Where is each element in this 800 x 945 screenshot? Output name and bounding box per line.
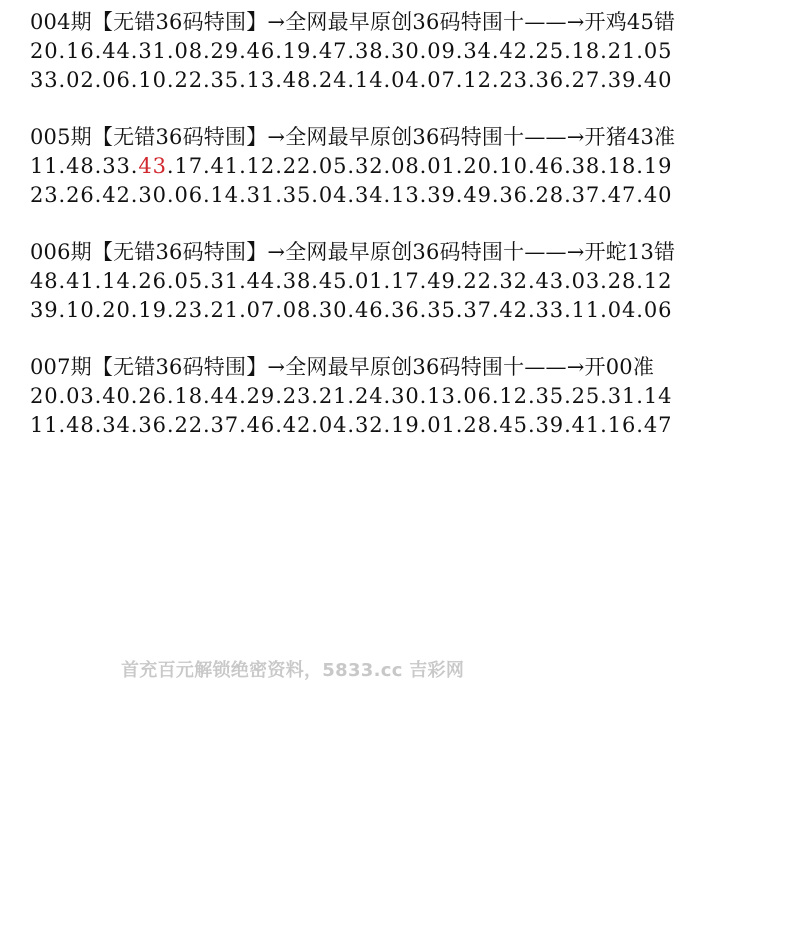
number-value: 25: [536, 39, 565, 63]
number-value: 18: [174, 384, 203, 408]
number-value: 06: [102, 68, 131, 92]
number-value: 18: [572, 39, 601, 63]
number-value: 22: [174, 413, 203, 437]
number-value: 23: [174, 298, 203, 322]
number-value: 12: [463, 68, 492, 92]
number-value: 10: [499, 154, 528, 178]
number-value: 36: [391, 298, 420, 322]
issue-heading: 006期【无错36码特围】→全网最早原创36码特围十——→开蛇13错: [30, 238, 800, 267]
number-value: 46: [247, 413, 276, 437]
number-value: 44: [211, 384, 240, 408]
number-value: 05: [319, 154, 348, 178]
number-value: 40: [644, 68, 673, 92]
number-value: 12: [644, 269, 673, 293]
number-value: 31: [138, 39, 167, 63]
number-value: 22: [283, 154, 312, 178]
number-value: 37: [211, 413, 240, 437]
number-value: 33: [536, 298, 565, 322]
number-value: 28: [536, 183, 565, 207]
number-value: 01: [427, 154, 456, 178]
highlighted-number: 43: [138, 154, 167, 178]
number-value: 03: [66, 384, 95, 408]
number-value: 06: [463, 384, 492, 408]
number-value: 12: [247, 154, 276, 178]
number-value: 19: [644, 154, 673, 178]
number-value: 32: [355, 154, 384, 178]
number-value: 30: [391, 39, 420, 63]
number-value: 36: [138, 413, 167, 437]
number-value: 40: [102, 384, 131, 408]
number-value: 24: [319, 68, 348, 92]
number-value: 07: [247, 298, 276, 322]
number-value: 26: [138, 269, 167, 293]
number-value: 21: [608, 39, 637, 63]
number-value: 13: [427, 384, 456, 408]
number-value: 41: [211, 154, 240, 178]
number-value: 28: [608, 269, 637, 293]
number-value: 20: [102, 298, 131, 322]
number-value: 31: [608, 384, 637, 408]
number-value: 35: [211, 68, 240, 92]
number-row: 39.10.20.19.23.21.07.08.30.46.36.35.37.4…: [30, 296, 800, 325]
number-value: 43: [536, 269, 565, 293]
number-value: 34: [102, 413, 131, 437]
number-value: 39: [30, 298, 59, 322]
issue-heading: 004期【无错36码特围】→全网最早原创36码特围十——→开鸡45错: [30, 8, 800, 37]
number-value: 21: [319, 384, 348, 408]
number-value: 29: [247, 384, 276, 408]
number-value: 04: [319, 413, 348, 437]
number-value: 10: [138, 68, 167, 92]
number-value: 30: [138, 183, 167, 207]
number-value: 46: [355, 298, 384, 322]
watermark-text: 首充百元解锁绝密资料，5833.cc 吉彩网: [121, 656, 464, 682]
number-value: 26: [66, 183, 95, 207]
number-value: 17: [174, 154, 203, 178]
number-value: 45: [319, 269, 348, 293]
number-value: 22: [174, 68, 203, 92]
number-value: 05: [174, 269, 203, 293]
issue-block-007: 007期【无错36码特围】→全网最早原创36码特围十——→开00准 20.03.…: [30, 353, 800, 440]
number-value: 08: [391, 154, 420, 178]
number-value: 47: [319, 39, 348, 63]
number-value: 23: [283, 384, 312, 408]
number-value: 17: [391, 269, 420, 293]
number-value: 37: [572, 183, 601, 207]
number-value: 48: [66, 413, 95, 437]
number-value: 20: [30, 384, 59, 408]
number-value: 18: [608, 154, 637, 178]
number-value: 13: [391, 183, 420, 207]
number-value: 38: [355, 39, 384, 63]
number-value: 36: [536, 68, 565, 92]
number-row: 11.48.33.43.17.41.12.22.05.32.08.01.20.1…: [30, 152, 800, 181]
number-value: 16: [66, 39, 95, 63]
number-value: 42: [283, 413, 312, 437]
number-value: 28: [463, 413, 492, 437]
number-value: 38: [283, 269, 312, 293]
number-value: 34: [463, 39, 492, 63]
issue-block-005: 005期【无错36码特围】→全网最早原创36码特围十——→开猪43准 11.48…: [30, 123, 800, 210]
number-value: 46: [536, 154, 565, 178]
number-value: 39: [608, 68, 637, 92]
number-value: 33: [102, 154, 131, 178]
number-value: 42: [102, 183, 131, 207]
number-value: 38: [572, 154, 601, 178]
number-value: 24: [355, 384, 384, 408]
issue-list: 004期【无错36码特围】→全网最早原创36码特围十——→开鸡45错 20.16…: [30, 8, 800, 468]
number-value: 48: [66, 154, 95, 178]
number-value: 33: [30, 68, 59, 92]
number-value: 20: [30, 39, 59, 63]
number-row: 33.02.06.10.22.35.13.48.24.14.04.07.12.2…: [30, 66, 800, 95]
number-value: 35: [283, 183, 312, 207]
number-value: 23: [499, 68, 528, 92]
number-value: 06: [644, 298, 673, 322]
number-value: 41: [572, 413, 601, 437]
number-value: 19: [283, 39, 312, 63]
number-value: 48: [30, 269, 59, 293]
number-value: 11: [572, 298, 601, 322]
number-value: 25: [572, 384, 601, 408]
number-value: 37: [463, 298, 492, 322]
number-value: 30: [391, 384, 420, 408]
number-value: 41: [66, 269, 95, 293]
number-value: 46: [247, 39, 276, 63]
number-value: 49: [463, 183, 492, 207]
number-value: 10: [66, 298, 95, 322]
number-row: 20.03.40.26.18.44.29.23.21.24.30.13.06.1…: [30, 382, 800, 411]
number-value: 31: [247, 183, 276, 207]
number-value: 40: [644, 183, 673, 207]
number-value: 13: [247, 68, 276, 92]
number-value: 06: [174, 183, 203, 207]
number-value: 34: [355, 183, 384, 207]
number-value: 21: [211, 298, 240, 322]
number-value: 14: [644, 384, 673, 408]
number-value: 12: [499, 384, 528, 408]
number-value: 19: [391, 413, 420, 437]
number-value: 30: [319, 298, 348, 322]
number-value: 11: [30, 154, 59, 178]
number-value: 11: [30, 413, 59, 437]
number-value: 31: [211, 269, 240, 293]
number-value: 47: [644, 413, 673, 437]
number-value: 08: [283, 298, 312, 322]
issue-heading: 007期【无错36码特围】→全网最早原创36码特围十——→开00准: [30, 353, 800, 382]
issue-block-004: 004期【无错36码特围】→全网最早原创36码特围十——→开鸡45错 20.16…: [30, 8, 800, 95]
number-value: 48: [283, 68, 312, 92]
number-value: 27: [572, 68, 601, 92]
number-value: 32: [499, 269, 528, 293]
number-value: 35: [536, 384, 565, 408]
issue-heading: 005期【无错36码特围】→全网最早原创36码特围十——→开猪43准: [30, 123, 800, 152]
number-value: 36: [499, 183, 528, 207]
number-value: 35: [427, 298, 456, 322]
number-row: 11.48.34.36.22.37.46.42.04.32.19.01.28.4…: [30, 411, 800, 440]
number-value: 26: [138, 384, 167, 408]
number-value: 03: [572, 269, 601, 293]
number-value: 14: [355, 68, 384, 92]
number-value: 22: [463, 269, 492, 293]
number-value: 49: [427, 269, 456, 293]
number-value: 14: [102, 269, 131, 293]
number-value: 04: [319, 183, 348, 207]
number-value: 20: [463, 154, 492, 178]
number-value: 19: [138, 298, 167, 322]
number-value: 29: [211, 39, 240, 63]
issue-block-006: 006期【无错36码特围】→全网最早原创36码特围十——→开蛇13错 48.41…: [30, 238, 800, 325]
number-value: 44: [102, 39, 131, 63]
number-row: 48.41.14.26.05.31.44.38.45.01.17.49.22.3…: [30, 267, 800, 296]
number-value: 42: [499, 298, 528, 322]
number-value: 39: [427, 183, 456, 207]
number-value: 42: [499, 39, 528, 63]
number-value: 07: [427, 68, 456, 92]
number-value: 23: [30, 183, 59, 207]
number-value: 44: [247, 269, 276, 293]
number-value: 01: [355, 269, 384, 293]
number-value: 09: [427, 39, 456, 63]
number-value: 45: [499, 413, 528, 437]
number-row: 23.26.42.30.06.14.31.35.04.34.13.39.49.3…: [30, 181, 800, 210]
number-value: 04: [608, 298, 637, 322]
number-value: 08: [174, 39, 203, 63]
number-value: 47: [608, 183, 637, 207]
number-value: 04: [391, 68, 420, 92]
number-value: 39: [536, 413, 565, 437]
number-value: 05: [644, 39, 673, 63]
number-value: 02: [66, 68, 95, 92]
number-row: 20.16.44.31.08.29.46.19.47.38.30.09.34.4…: [30, 37, 800, 66]
number-value: 32: [355, 413, 384, 437]
number-value: 14: [211, 183, 240, 207]
number-value: 16: [608, 413, 637, 437]
number-value: 01: [427, 413, 456, 437]
